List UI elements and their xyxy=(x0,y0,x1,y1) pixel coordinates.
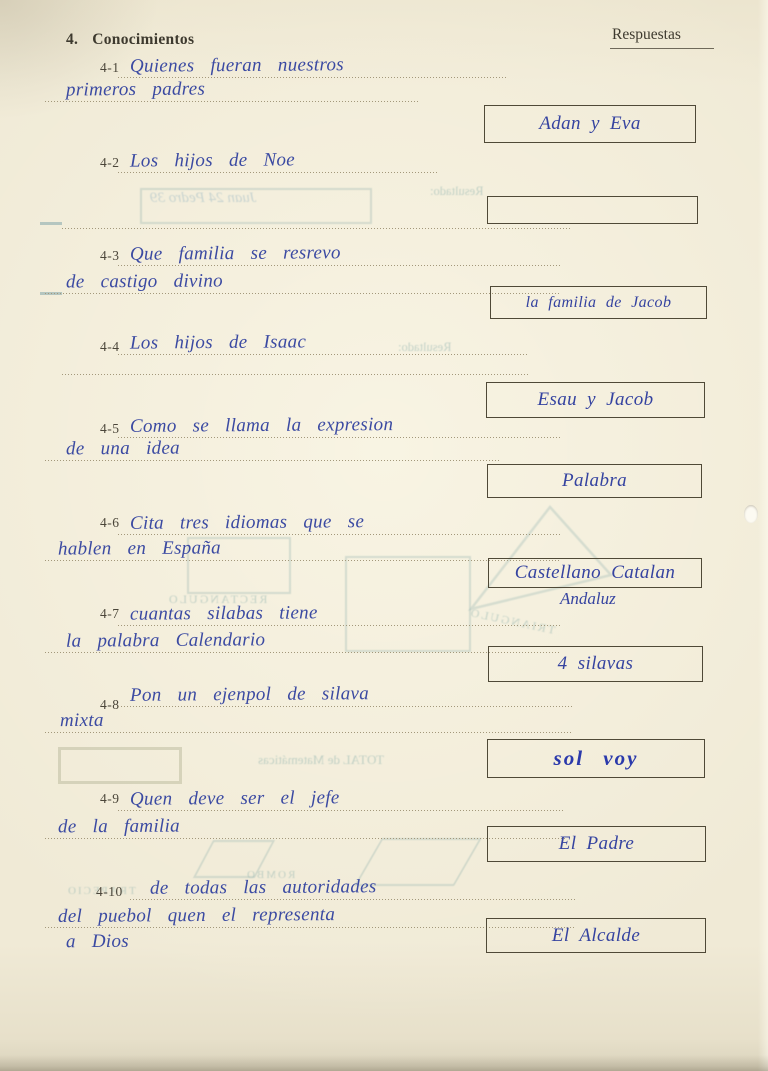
handwritten-answer: El Padre xyxy=(559,833,635,855)
answer-box: 4 silavas xyxy=(488,646,703,682)
handwritten-question-line: primeros padres xyxy=(66,79,205,102)
handwritten-question-line: Cita tres idiomas que se xyxy=(130,511,364,535)
question-number: 4-6 xyxy=(100,515,120,531)
scan-bottom-shadow xyxy=(0,1055,768,1071)
scanned-questionnaire-page: Resultado:Juan 24 Pedro 39RECTANGULOTRIA… xyxy=(0,0,768,1071)
handwritten-answer: El Alcalde xyxy=(552,925,640,947)
handwritten-question-line: Pon un ejenpol de silava xyxy=(130,683,369,707)
bleed-through-text: Resultado: xyxy=(430,184,483,199)
answer-box: El Padre xyxy=(487,826,706,862)
question-number: 4-4 xyxy=(100,339,120,355)
question-number: 4-10 xyxy=(96,884,123,900)
bleed-through-box xyxy=(58,747,182,784)
dotted-guide-line xyxy=(62,374,528,375)
handwritten-question-line: hablen en España xyxy=(58,537,221,560)
handwritten-question-line: Que familia se resrevo xyxy=(130,242,341,265)
handwritten-question-line: Los hijos de Noe xyxy=(130,149,295,172)
bleed-through-shape xyxy=(140,188,372,224)
handwritten-question-line: Quienes fueran nuestros xyxy=(130,54,344,77)
answer-box: sol voy xyxy=(487,739,705,778)
answer-box: Adan y Eva xyxy=(484,105,696,143)
handwritten-answer: 4 silavas xyxy=(558,653,634,675)
answer-box: Esau y Jacob xyxy=(486,382,705,418)
answer-box: Castellano Catalan xyxy=(488,558,702,588)
answer-box: la familia de Jacob xyxy=(490,286,707,319)
section-heading: 4.Conocimientos xyxy=(66,31,194,49)
bleed-through-text: Resultado: xyxy=(398,340,451,355)
handwritten-question-line: Los hijos de Isaac xyxy=(130,331,306,354)
handwritten-answer: Palabra xyxy=(562,470,627,492)
handwritten-question-line: mixta xyxy=(60,710,104,732)
answers-column-header: Respuestas xyxy=(612,26,681,44)
scan-right-edge xyxy=(758,0,768,1071)
handwritten-question-line: Como se llama la expresion xyxy=(130,414,393,438)
bleed-through-shape xyxy=(345,556,471,652)
handwritten-question-line: a Dios xyxy=(66,931,129,953)
handwritten-answer: Castellano Catalan xyxy=(515,562,676,584)
question-number: 4-7 xyxy=(100,606,120,622)
answer-box: Palabra xyxy=(487,464,702,498)
handwritten-answer-extra: Andaluz xyxy=(560,589,616,609)
handwritten-answer: sol voy xyxy=(554,746,639,771)
dotted-guide-line xyxy=(45,560,560,561)
question-number: 4-3 xyxy=(100,248,120,264)
section-title: Conocimientos xyxy=(92,31,194,48)
dotted-guide-line xyxy=(45,460,500,461)
bleed-through-shape xyxy=(40,222,62,225)
section-number: 4. xyxy=(66,31,78,48)
handwritten-question-line: de la familia xyxy=(58,816,180,839)
question-number: 4-9 xyxy=(100,791,120,807)
question-number: 4-5 xyxy=(100,421,120,437)
paper-hole xyxy=(744,505,758,523)
handwritten-answer: la familia de Jacob xyxy=(526,294,672,312)
question-number: 4-2 xyxy=(100,155,120,171)
dotted-guide-line xyxy=(45,732,573,733)
answer-box xyxy=(487,196,698,224)
handwritten-question-line: del puebol quen el representa xyxy=(58,904,335,928)
handwritten-question-line: Quen deve ser el jefe xyxy=(130,787,340,810)
handwritten-question-line: de castigo divino xyxy=(66,270,223,293)
bleed-through-text: TOTAL de Matemáticas xyxy=(258,752,384,768)
answer-box: El Alcalde xyxy=(486,918,706,953)
handwritten-question-line: de una idea xyxy=(66,438,180,461)
dotted-guide-line xyxy=(62,228,572,229)
handwritten-question-line: la palabra Calendario xyxy=(66,629,265,652)
handwritten-answer: Adan y Eva xyxy=(539,113,641,135)
handwritten-question-line: de todas las autoridades xyxy=(150,876,377,900)
handwritten-answer: Esau y Jacob xyxy=(537,389,653,411)
handwritten-question-line: cuantas silabas tiene xyxy=(130,602,318,625)
answers-header-underline xyxy=(610,48,714,49)
question-number: 4-1 xyxy=(100,60,120,76)
